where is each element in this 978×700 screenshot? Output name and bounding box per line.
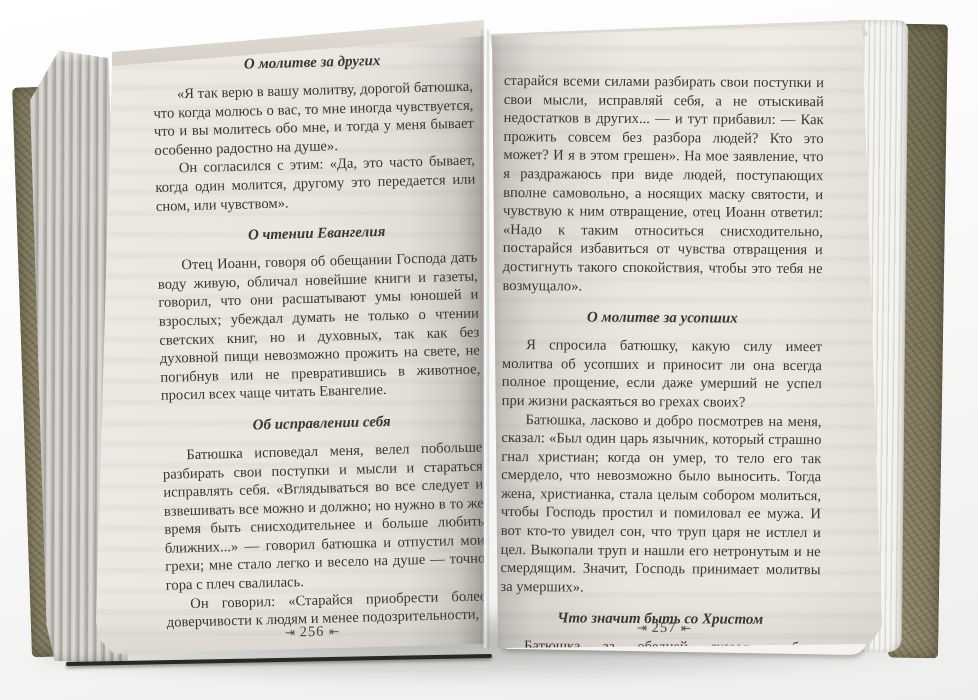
paragraph: Он согласился с этим: «Да, это часто быв…	[155, 152, 476, 216]
paragraph: Батюшка исповедал меня, велел побольше р…	[162, 438, 486, 595]
paragraph: Батюшка, ласково и добро посмотрев на ме…	[500, 410, 821, 598]
page-right: старайся всеми силами разбирать свои пос…	[486, 16, 886, 654]
footer-ornament-right-icon: ⇤	[329, 624, 339, 638]
book-gutter-fold	[481, 30, 489, 648]
section-heading: Об исправлении себя	[161, 410, 481, 437]
page-left: О молитве за других «Я так верю в вашу м…	[96, 34, 484, 656]
paragraph: «Я так верю в вашу молитву, дорогой батю…	[153, 78, 475, 161]
footer-ornament-left-icon: ⇥	[637, 621, 647, 635]
page-left-text-column: О молитве за других «Я так верю в вашу м…	[152, 50, 487, 633]
page-number-value: 257	[652, 620, 677, 636]
page-number-value: 256	[299, 624, 324, 641]
paragraph: Отец Иоанн, говоря об обещании Господа д…	[157, 249, 481, 406]
paragraph: Я спросила батюшку, какую силу имеет мол…	[502, 336, 823, 413]
book-photo: О молитве за других «Я так верю в вашу м…	[0, 0, 978, 700]
section-heading: О чтении Евангелия	[156, 221, 476, 248]
page-right-text-column: старайся всеми силами разбирать свои пос…	[500, 72, 824, 695]
footer-ornament-left-icon: ⇥	[285, 625, 295, 639]
section-heading: О молитве за усопших	[502, 308, 822, 329]
paragraph-continuation: старайся всеми силами разбирать свои пос…	[502, 72, 824, 297]
page-number-right: ⇥ 257 ⇤	[504, 619, 824, 638]
footer-ornament-right-icon: ⇤	[681, 621, 691, 635]
